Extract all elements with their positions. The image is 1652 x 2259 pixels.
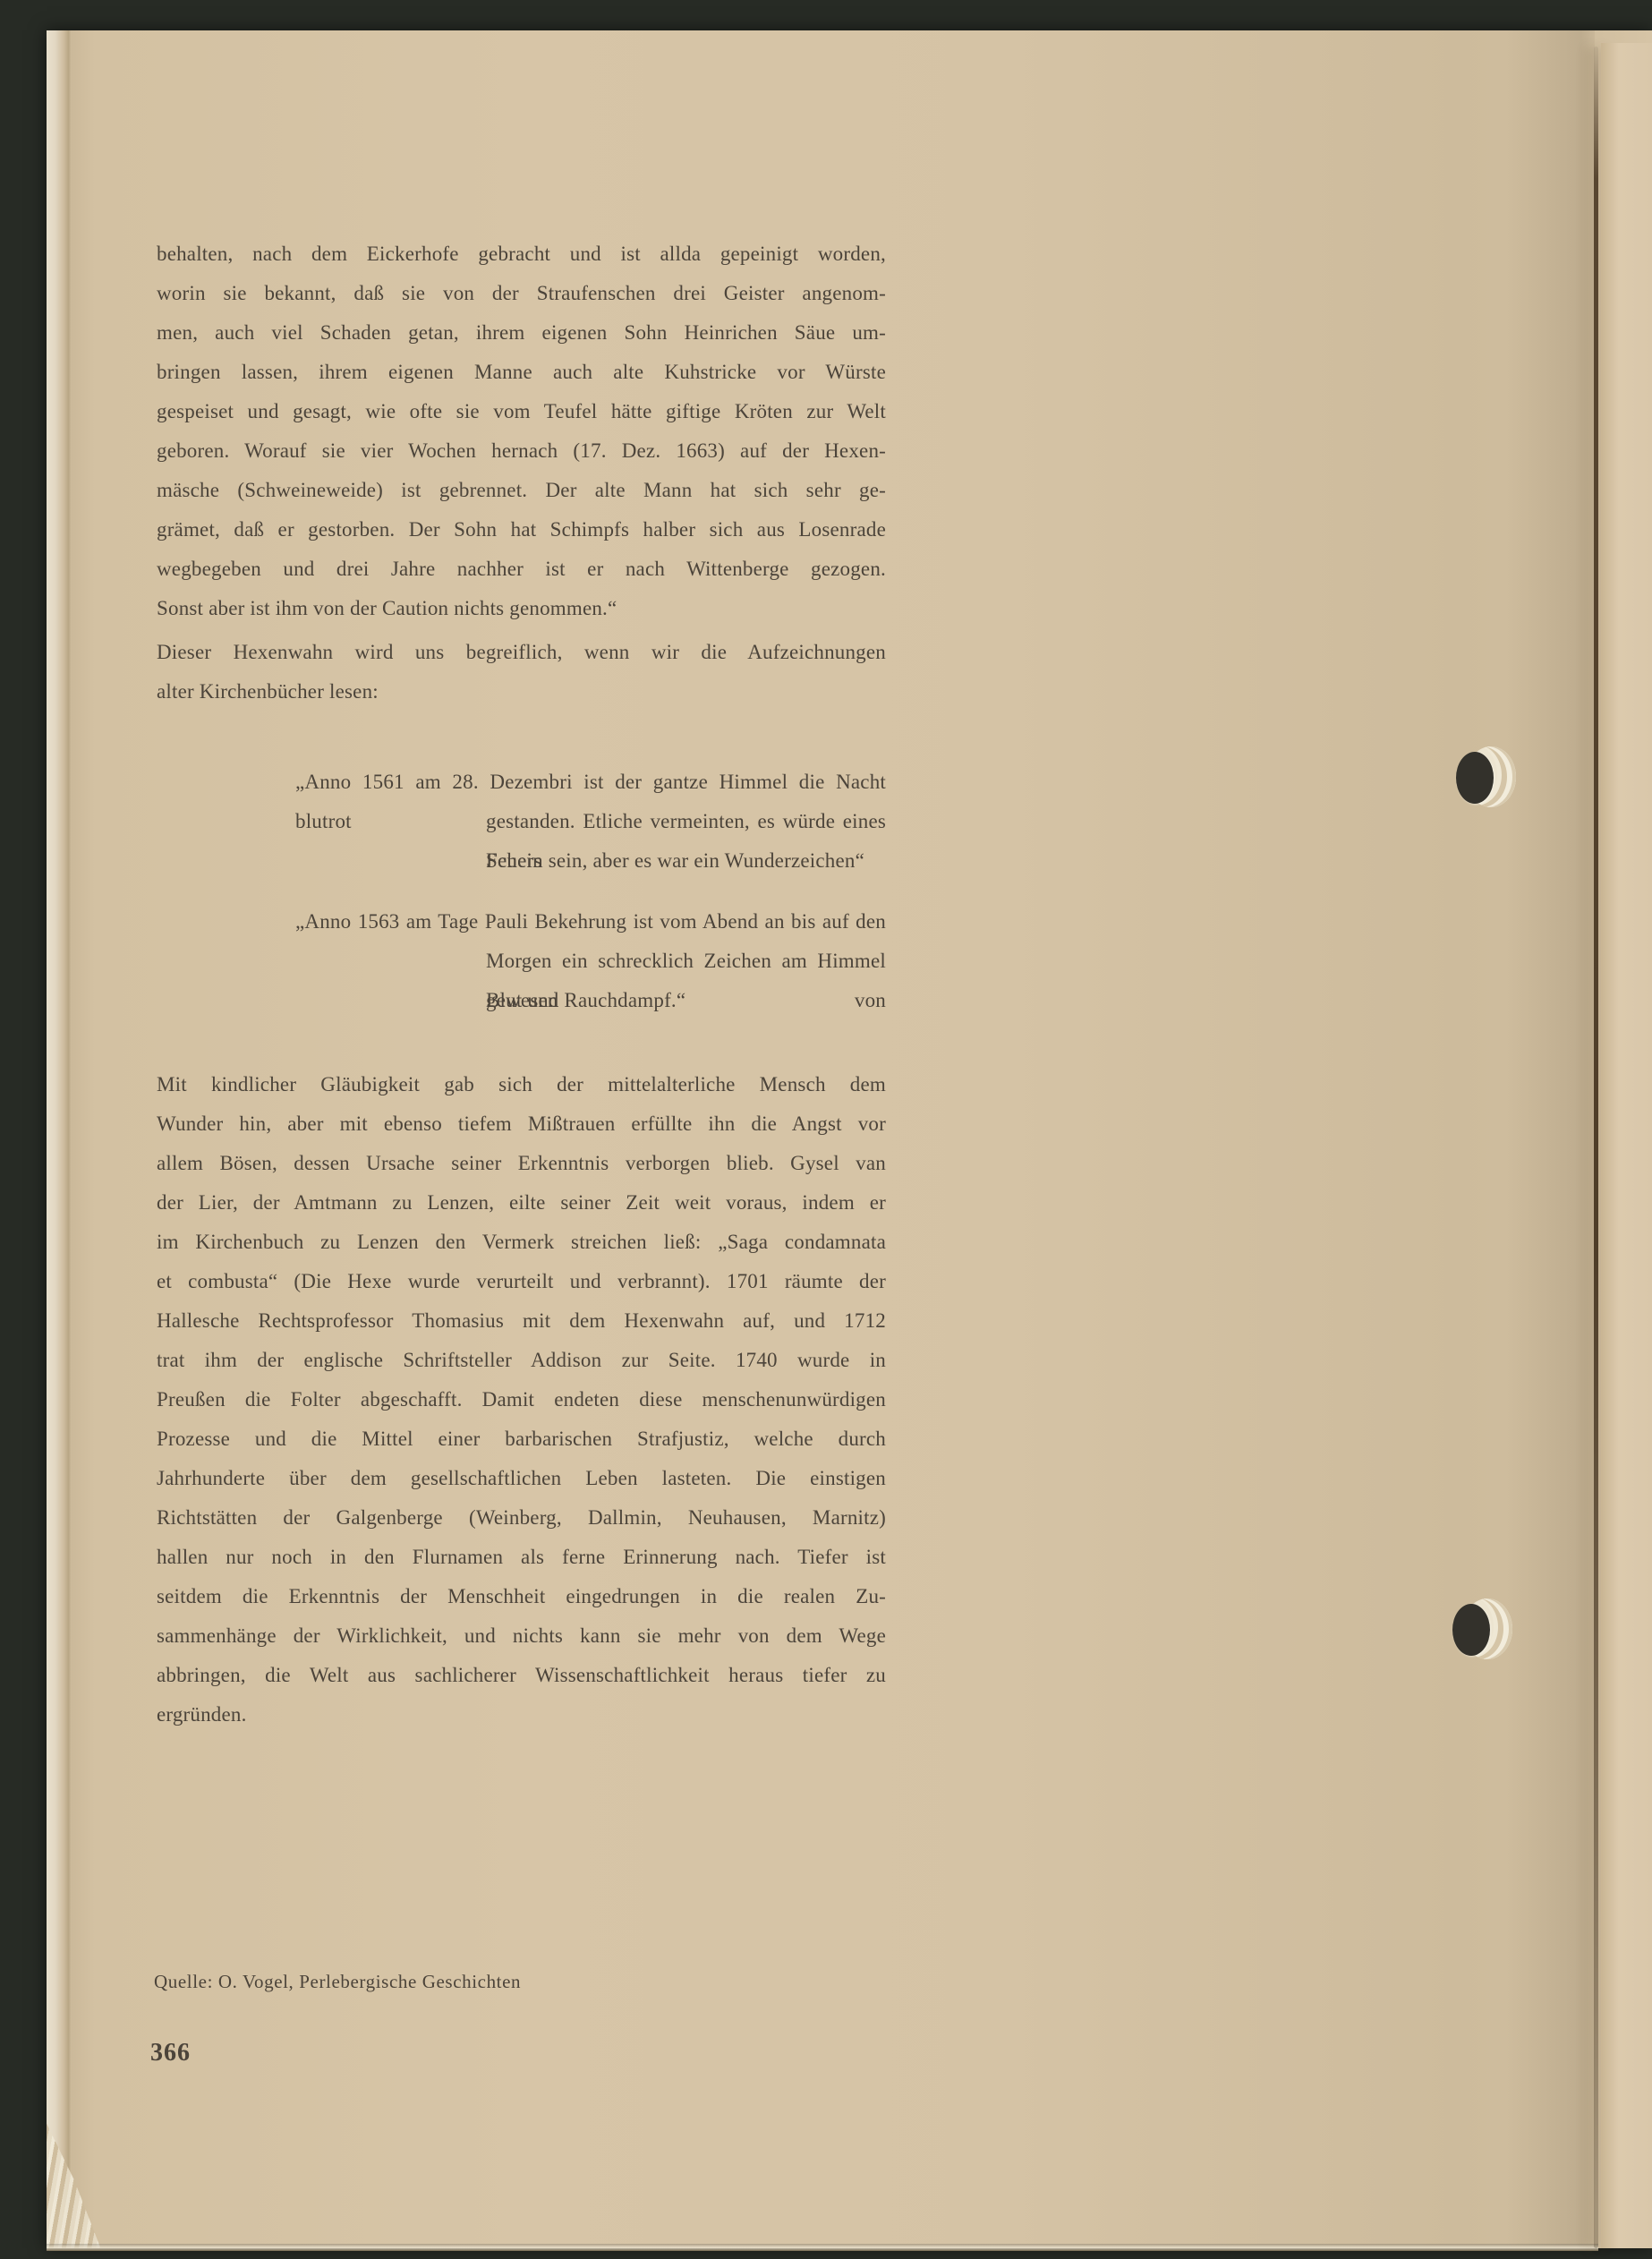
text-line: bringen lassen, ihrem eigenen Manne auch…	[157, 353, 886, 392]
text-line: allem Bösen, dessen Ursache seiner Erken…	[157, 1144, 886, 1183]
paragraph-3: Mit kindlicher Gläubigkeit gab sich der …	[157, 1065, 886, 1735]
gutter-crease	[1594, 47, 1598, 2248]
text-line: alter Kirchenbücher lesen:	[157, 672, 886, 712]
paragraph-2: Dieser Hexenwahn wird uns begreiflich, w…	[157, 633, 886, 712]
text-line: sammenhänge der Wirklichkeit, und nichts…	[157, 1616, 886, 1656]
text-line: abbringen, die Welt aus sachlicherer Wis…	[157, 1656, 886, 1695]
text-line: worin sie bekannt, daß sie von der Strau…	[157, 274, 886, 313]
text-line: seitdem die Erkenntnis der Menschheit ei…	[157, 1577, 886, 1616]
page-bottom-edge	[47, 2244, 1598, 2251]
punch-hole-top	[1452, 746, 1523, 818]
text-line: Wunder hin, aber mit ebenso tiefem Mißtr…	[157, 1104, 886, 1144]
text-line: gestanden. Etliche vermeinten, es würde …	[486, 802, 886, 841]
text-line: Schein sein, aber es war ein Wunderzeich…	[486, 841, 886, 881]
text-line: behalten, nach dem Eickerhofe gebracht u…	[157, 234, 886, 274]
text-line: wegbegeben und drei Jahre nachher ist er…	[157, 550, 886, 589]
adjacent-page-edge	[1601, 43, 1652, 2248]
text-line: „Anno 1561 am 28. Dezembri ist der gantz…	[295, 763, 886, 802]
text-line: Richtstätten der Galgenberge (Weinberg, …	[157, 1498, 886, 1538]
text-line: Mit kindlicher Gläubigkeit gab sich der …	[157, 1065, 886, 1104]
text-line: gespeiset und gesagt, wie ofte sie vom T…	[157, 392, 886, 431]
text-line: Jahrhunderte über dem gesellschaftlichen…	[157, 1459, 886, 1498]
text-line: grämet, daß er gestorben. Der Sohn hat S…	[157, 510, 886, 550]
text-line: hallen nur noch in den Flurnamen als fer…	[157, 1538, 886, 1577]
text-line: geboren. Worauf sie vier Wochen hernach …	[157, 431, 886, 471]
text-line: Dieser Hexenwahn wird uns begreiflich, w…	[157, 633, 886, 672]
book-page: behalten, nach dem Eickerhofe gebracht u…	[47, 30, 1652, 2248]
text-line: et combusta“ (Die Hexe wurde verurteilt …	[157, 1262, 886, 1301]
paragraph-1: behalten, nach dem Eickerhofe gebracht u…	[157, 234, 886, 628]
punch-hole-bottom	[1448, 1598, 1520, 1670]
text-line: Hallesche Rechtsprofessor Thomasius mit …	[157, 1301, 886, 1341]
page-stack-edge-left	[47, 30, 72, 2248]
chronicle-quote-1563: „Anno 1563 am Tage Pauli Bekehrung ist v…	[295, 902, 886, 1020]
text-line: Morgen ein schrecklich Zeichen am Himmel…	[486, 942, 886, 981]
text-line: mäsche (Schweineweide) ist gebrennet. De…	[157, 471, 886, 510]
text-line: men, auch viel Schaden getan, ihrem eige…	[157, 313, 886, 353]
page-number: 366	[150, 2039, 191, 2067]
scanned-book-page: behalten, nach dem Eickerhofe gebracht u…	[0, 0, 1652, 2259]
source-citation: Quelle: O. Vogel, Perlebergische Geschic…	[154, 1971, 834, 1993]
punch-hole-opening	[1452, 1604, 1490, 1656]
text-line: Preußen die Folter abgeschafft. Damit en…	[157, 1380, 886, 1419]
chronicle-quote-1561: „Anno 1561 am 28. Dezembri ist der gantz…	[295, 763, 886, 881]
text-line: trat ihm der englische Schriftsteller Ad…	[157, 1341, 886, 1380]
text-line: der Lier, der Amtmann zu Lenzen, eilte s…	[157, 1183, 886, 1223]
text-line: im Kirchenbuch zu Lenzen den Vermerk str…	[157, 1223, 886, 1262]
text-line: ergründen.	[157, 1695, 886, 1735]
text-line: Sonst aber ist ihm von der Caution nicht…	[157, 589, 886, 628]
text-line: Prozesse und die Mittel einer barbarisch…	[157, 1419, 886, 1459]
punch-hole-opening	[1456, 752, 1494, 804]
text-line: „Anno 1563 am Tage Pauli Bekehrung ist v…	[295, 902, 886, 942]
